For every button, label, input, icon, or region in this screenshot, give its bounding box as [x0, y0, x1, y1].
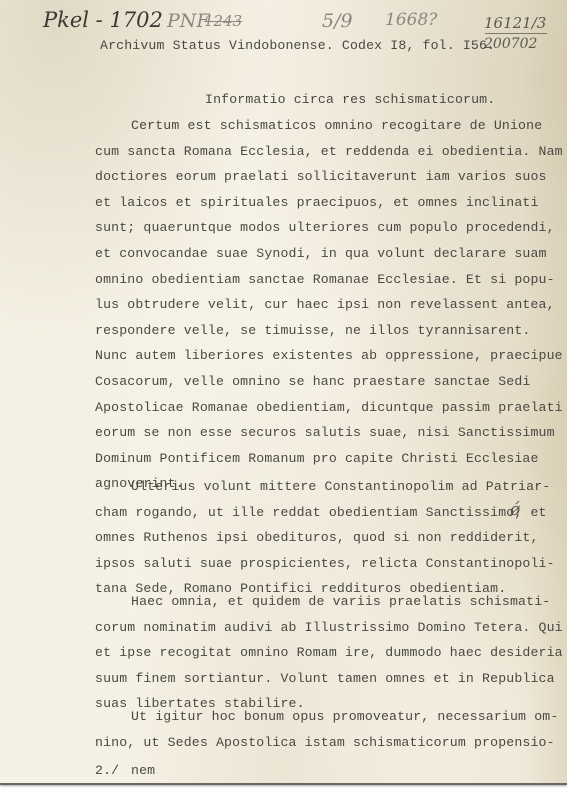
- catalog-number-top: 16121/3: [484, 14, 546, 32]
- text-line: eorum se non esse securos salutis suae, …: [95, 425, 555, 440]
- text-line: ipsos saluti suae prospicientes, relicta…: [95, 556, 555, 571]
- document-page: Pkel - 1702 PNF 1243 5/9 1668? 16121/3 2…: [0, 0, 567, 785]
- text-line: et laicos et spirituales praecipuos, et …: [95, 195, 539, 210]
- text-line: cham rogando, ut ille reddat obedientiam…: [95, 505, 547, 520]
- text-line: et convocandae suae Synodi, in qua volun…: [95, 246, 547, 261]
- text-line: omnino obedientiam sanctae Romanae Eccle…: [95, 272, 555, 287]
- text-line: Ulterius volunt mittere Constantinopolim…: [131, 479, 550, 494]
- text-line: Cosacorum, velle omnino se hanc praestar…: [95, 374, 530, 389]
- catalog-divider: [485, 33, 547, 34]
- archive-reference: Archivum Status Vindobonense. Codex I8, …: [100, 38, 495, 53]
- text-line: lus obtrudere velit, cur haec ipsi non r…: [95, 297, 555, 312]
- text-line: cum sancta Romana Ecclesia, et reddenda …: [95, 144, 563, 159]
- text-line: et ipse recogitat omnino Romam ire, dumm…: [95, 645, 563, 660]
- document-title: Informatio circa res schismaticorum.: [205, 92, 495, 107]
- text-line: doctiores eorum praelati sollicitaverunt…: [95, 169, 547, 184]
- shelfmark-ink: Pkel - 1702: [43, 8, 163, 32]
- text-line: Ut igitur hoc bonum opus promoveatur, ne…: [131, 709, 558, 724]
- text-line: omnes Ruthenos ipsi obedituros, quod si …: [95, 530, 539, 545]
- page-number-marker: 2./: [95, 763, 119, 778]
- year-pencil: 1668?: [385, 10, 437, 30]
- text-line: Certum est schismaticos omnino recogitar…: [131, 118, 542, 133]
- catchword: nem: [131, 763, 155, 778]
- text-line: Haec omnia, et quidem de variis praelati…: [131, 594, 550, 609]
- struck-number: 1243: [204, 12, 242, 30]
- text-line: nino, ut Sedes Apostolica istam schismat…: [95, 735, 555, 750]
- text-line: Nunc autem liberiores existentes ab oppr…: [95, 348, 563, 363]
- text-line: corum nominatim audivi ab Illustrissimo …: [95, 620, 563, 635]
- margin-mark: ǿ: [510, 500, 520, 520]
- text-line: Dominum Pontificem Romanum pro capite Ch…: [95, 451, 539, 466]
- text-line: Apostolicae Romanae obedientiam, dicuntq…: [95, 400, 563, 415]
- text-line: respondere velle, se timuisse, ne illos …: [95, 323, 530, 338]
- text-line: suum finem sortiantur. Volunt tamen omne…: [95, 671, 555, 686]
- text-line: sunt; quaeruntque modos ulteriores cum p…: [95, 220, 555, 235]
- folio-pencil: 5/9: [322, 10, 353, 32]
